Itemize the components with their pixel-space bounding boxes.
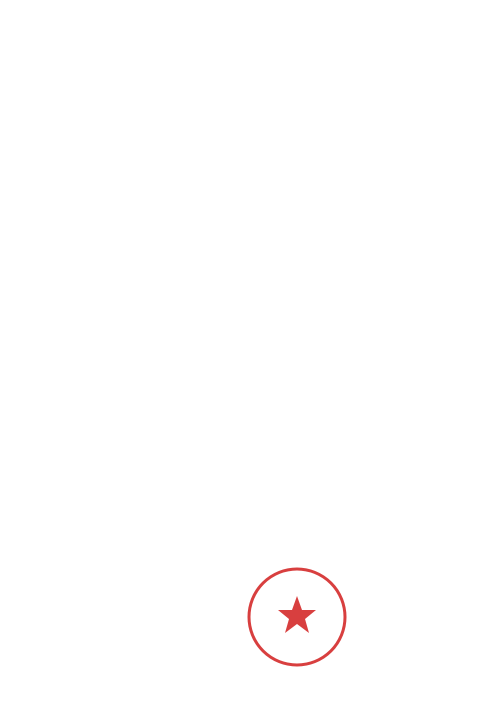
- official-seal-icon: [246, 566, 348, 668]
